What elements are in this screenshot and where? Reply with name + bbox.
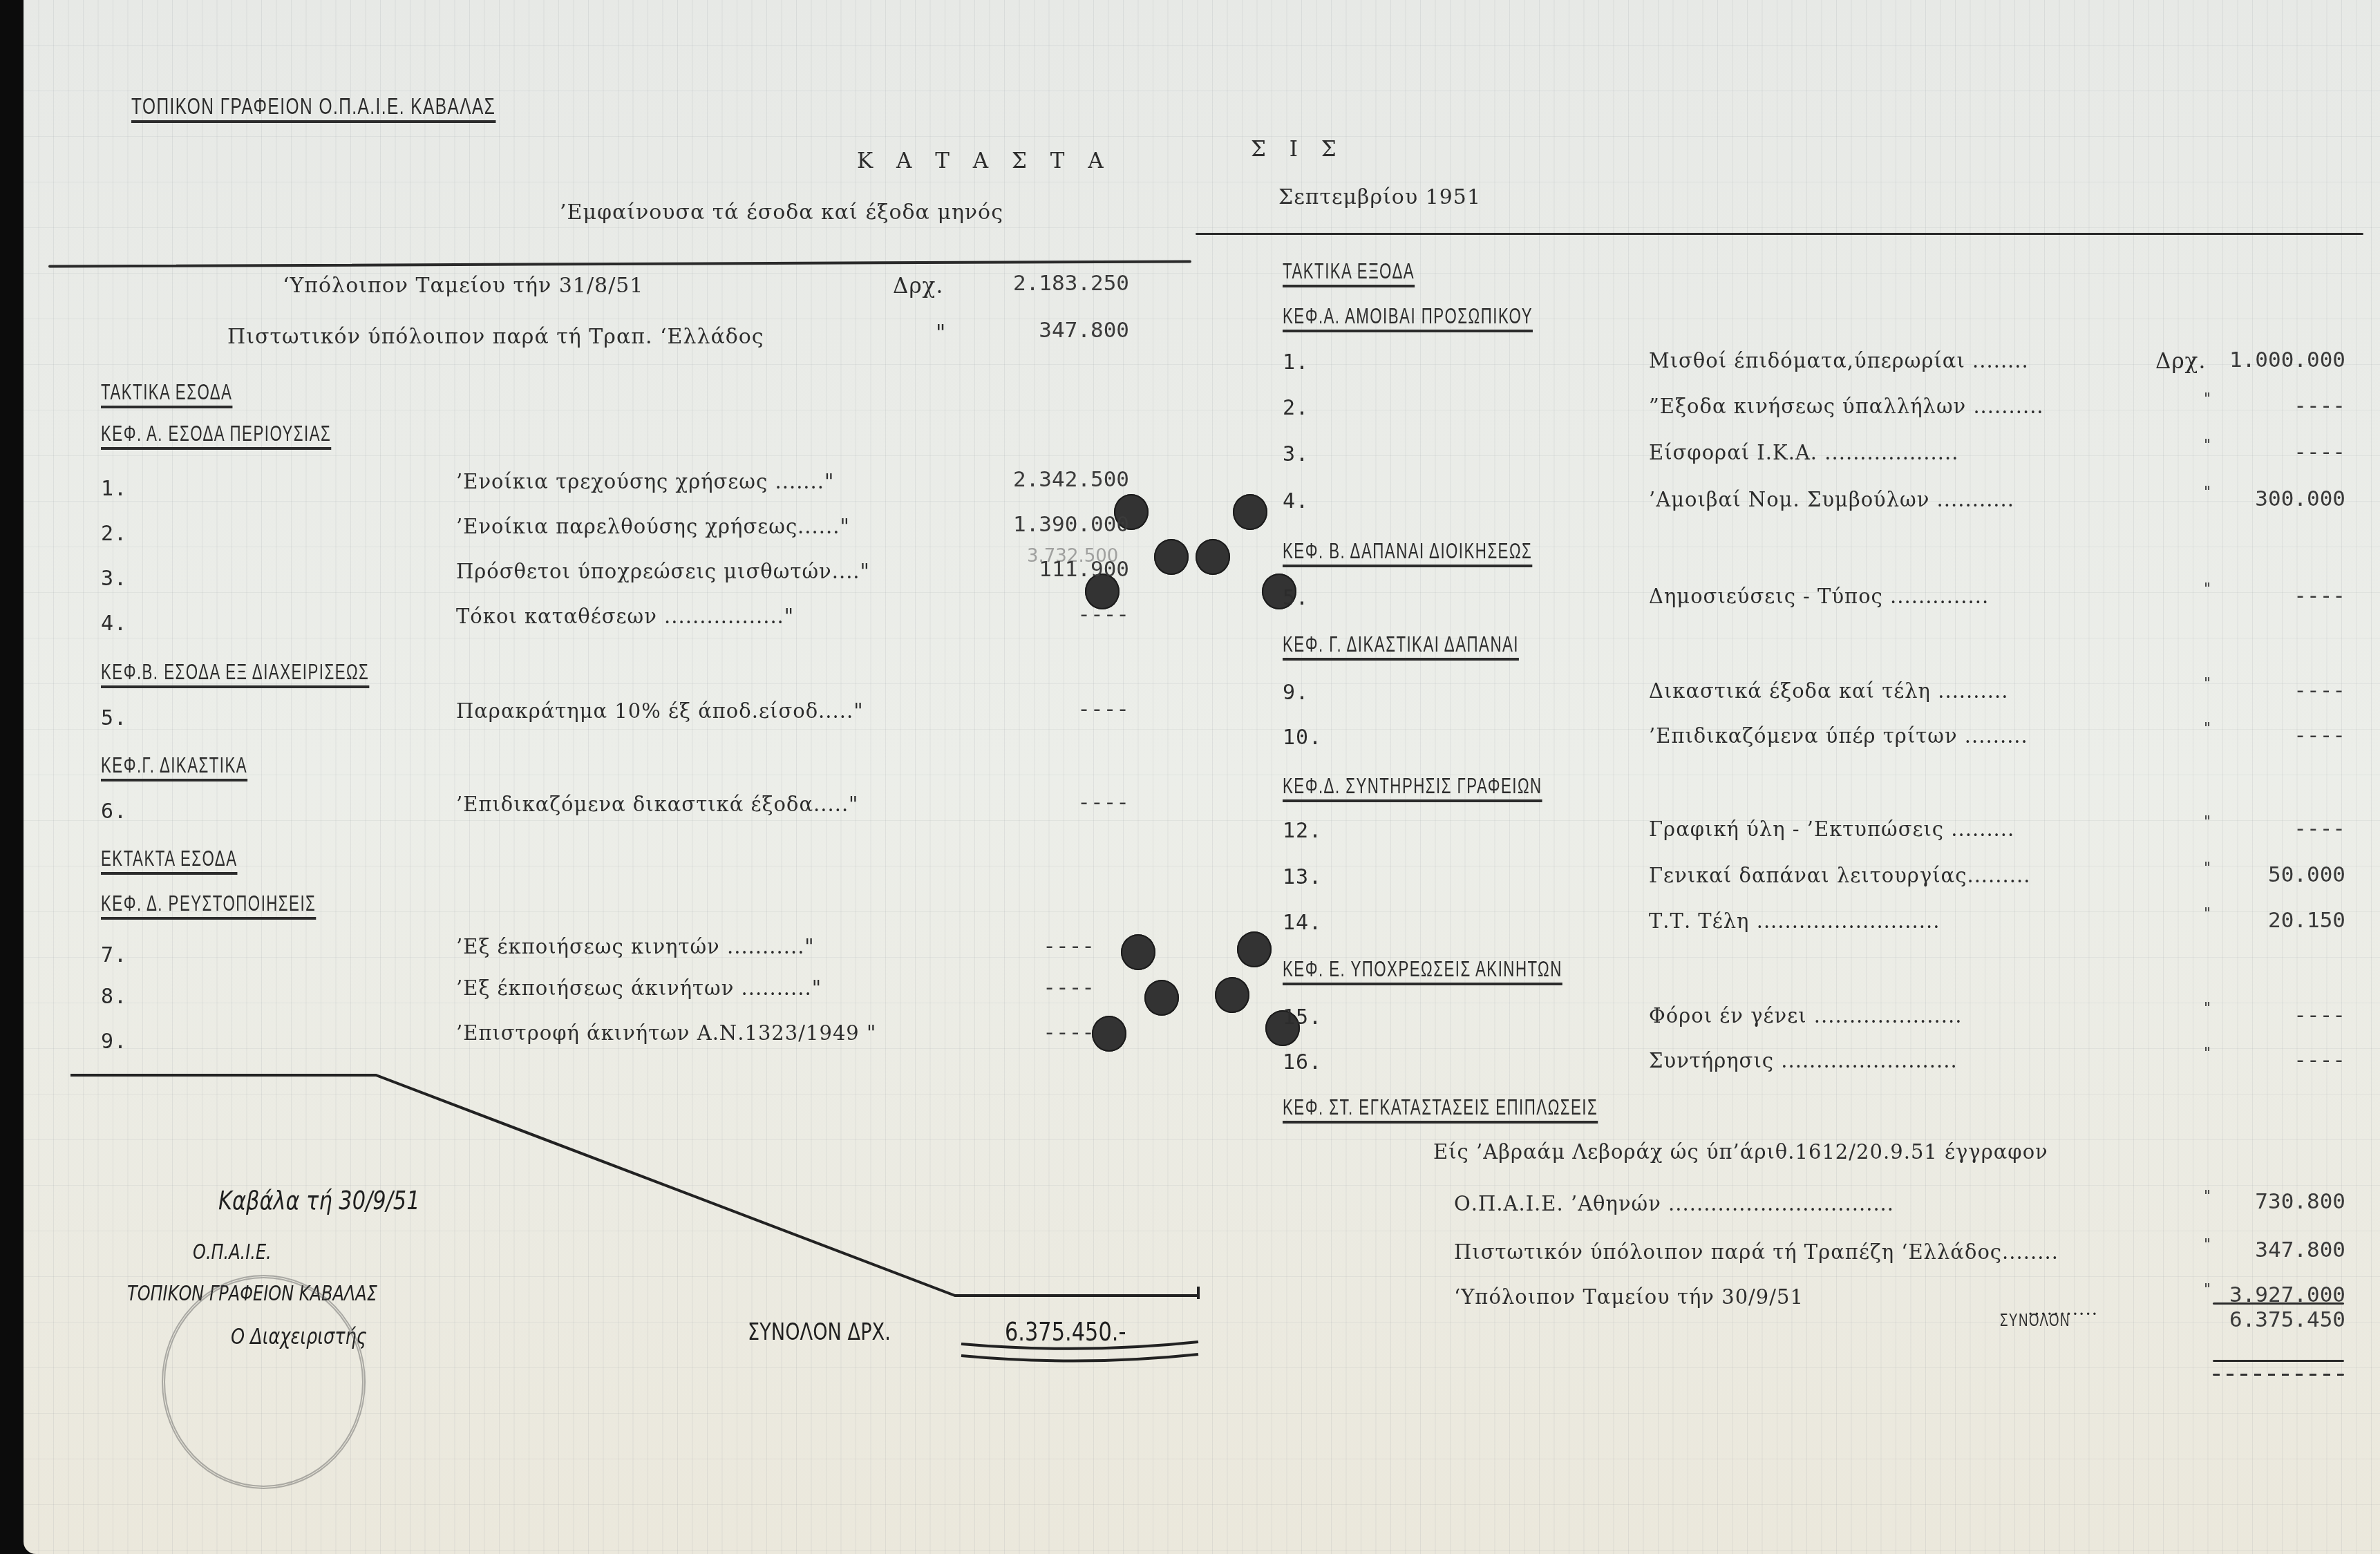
item-amount: ----	[956, 602, 1129, 627]
item-label: Γενικαί δαπάναι λειτουργίας.........	[1649, 864, 2030, 887]
punch-hole	[1121, 934, 1155, 970]
item-label: ’Επιστροφή άκινήτων Α.Ν.1323/1949 "	[456, 1021, 876, 1045]
item-label: ’Αμοιβαί Νομ. Συμβούλων ...........	[1649, 488, 2014, 511]
item-label: ’Ενοίκια παρελθούσης χρήσεως......"	[456, 515, 850, 538]
punch-hole	[1144, 980, 1179, 1016]
item-number: 15.	[1283, 1005, 1322, 1030]
item-amount: ----	[984, 934, 1095, 958]
expense-chapter-title: ΚΕΦ.Δ. ΣΥΝΤΗΡΗΣΙΣ ΓΡΑΦΕΙΩΝ	[1283, 774, 1542, 799]
document-page: ΤΟΠΙΚΟΝ ΓΡΑΦΕΙΟΝ Ο.Π.Α.Ι.Ε. ΚΑΒΑΛΑΣ Κ Α …	[23, 0, 2380, 1554]
item-label: Παρακράτημα 10% έξ άποδ.είσοδ....."	[456, 699, 864, 723]
item-label: Μισθοί έπιδόματα,ύπερωρίαι ........	[1649, 349, 2029, 372]
item-number: 9.	[101, 1030, 127, 1054]
item-number: 4.	[101, 612, 127, 636]
item-amount: ----	[2180, 816, 2345, 841]
item-amount: ----	[956, 790, 1129, 815]
closing-label: Ο.Π.Α.Ι.Ε. ’Αθηνών .....................…	[1454, 1192, 1894, 1215]
item-amount: ----	[2180, 678, 2345, 703]
item-amount: 2.342.500	[956, 467, 1129, 492]
item-label: Συντήρησις .........................	[1649, 1049, 1958, 1072]
item-amount: 50.000	[2180, 862, 2345, 887]
item-label: Τ.Τ. Τέλη ..........................	[1649, 909, 1940, 933]
item-label: ’Επιδικαζόμενα δικαστικά έξοδα....."	[456, 793, 858, 816]
expense-chapter-title: ΚΕΦ. ΣΤ. ΕΓΚΑΤΑΣΤΑΣΕΙΣ ΕΠΙΠΛΩΣΕΙΣ	[1283, 1095, 1598, 1120]
item-number: 12.	[1283, 819, 1322, 843]
income-chapter-title: ΚΕΦ.Γ. ΔΙΚΑΣΤΙΚΑ	[101, 753, 247, 778]
punch-hole	[1154, 539, 1189, 575]
punch-hole	[1092, 1016, 1126, 1052]
item-amount: ----	[956, 697, 1129, 721]
item-label: ’Επιδικαζόμενα ύπέρ τρίτων .........	[1649, 724, 2028, 748]
item-label: Φόροι έν γένει .....................	[1649, 1004, 1962, 1027]
income-chapter-title: ΚΕΦ. Α. ΕΣΟΔΑ ΠΕΡΙΟΥΣΙΑΣ	[101, 421, 331, 446]
item-number: 14.	[1283, 911, 1322, 935]
income-chapter-title: ΚΕΦ.Β. ΕΣΟΔΑ ΕΞ ΔΙΑΧΕΙΡΙΣΕΩΣ	[101, 660, 369, 685]
item-label: ’Εξ έκποιήσεως κινητών ..........."	[456, 935, 815, 958]
item-number: 3.	[101, 567, 127, 591]
item-label: Είσφοραί Ι.Κ.Α. ...................	[1649, 441, 1958, 464]
item-number: 3.	[1283, 442, 1309, 466]
item-number: 2.	[101, 522, 127, 546]
expense-chapter-title: ΚΕΦ. Γ. ΔΙΚΑΣΤΙΚΑΙ ΔΑΠΑΝΑΙ	[1283, 632, 1519, 657]
item-amount: 20.150	[2180, 908, 2345, 933]
item-label: ’Ενοίκια τρεχούσης χρήσεως ......."	[456, 470, 834, 493]
expense-chapter-title: ΚΕΦ. Β. ΔΑΠΑΝΑΙ ΔΙΟΙΚΗΣΕΩΣ	[1283, 539, 1532, 564]
item-label: Δικαστικά έξοδα καί τέλη ..........	[1649, 679, 2008, 703]
item-amount: ----	[984, 1020, 1095, 1045]
item-number: 1.	[1283, 350, 1309, 375]
item-amount: ----	[2180, 1003, 2345, 1027]
item-label: ’Εξ έκποιήσεως άκινήτων .........."	[456, 976, 822, 1000]
item-label: Δημοσιεύσεις - Τύπος ..............	[1649, 585, 1989, 608]
closing-amount: 3.927.000	[2180, 1282, 2345, 1307]
closing-label: Πιστωτικόν ύπόλοιπον παρά τή Τραπέζη ‘Ελ…	[1454, 1240, 2059, 1264]
item-label: Τόκοι καταθέσεων ................."	[456, 605, 794, 628]
item-number: 1.	[101, 477, 127, 501]
closing-lines	[23, 0, 2380, 1554]
income-chapter-title: ΚΕΦ. Δ. ΡΕΥΣΤΟΠΟΙΗΣΕΙΣ	[101, 891, 316, 916]
item-number: 4.	[1283, 489, 1309, 513]
item-number: 10.	[1283, 726, 1322, 750]
item-number: 7.	[101, 943, 127, 967]
item-amount: ----	[2180, 1048, 2345, 1072]
closing-amount: 347.800	[2180, 1238, 2345, 1262]
closing-amount: 730.800	[2180, 1189, 2345, 1214]
item-amount: 1.000.000	[2180, 348, 2345, 372]
punch-hole	[1196, 539, 1230, 575]
item-amount: ----	[2180, 583, 2345, 608]
item-label: Πρόσθετοι ύποχρεώσεις μισθωτών...."	[456, 560, 870, 583]
item-number: 8.	[101, 985, 127, 1009]
item-amount: ----	[2180, 439, 2345, 464]
item-number: 9.	[1283, 681, 1309, 705]
closing-dots: ...........	[2028, 1299, 2098, 1320]
item-amount: ----	[2180, 723, 2345, 748]
expense-chapter-title: ΚΕΦ.Α. ΑΜΟΙΒΑΙ ΠΡΟΣΩΠΙΚΟΥ	[1283, 304, 1533, 329]
item-amount: 300.000	[2180, 486, 2345, 511]
item-number: 6.	[101, 799, 127, 824]
item-amount: ----	[984, 975, 1095, 1000]
item-number: 16.	[1283, 1050, 1322, 1074]
closing-label: ‘Υπόλοιπον Ταμείου τήν 30/9/51	[1454, 1285, 1804, 1309]
expense-chapter-title: ΚΕΦ. Ε. ΥΠΟΧΡΕΩΣΕΙΣ ΑΚΙΝΗΤΩΝ	[1283, 957, 1562, 982]
item-label: Γραφική ύλη - ’Εκτυπώσεις .........	[1649, 817, 2014, 841]
item-number: 13.	[1283, 865, 1322, 889]
item-number: 5.	[1283, 586, 1309, 610]
punch-hole	[1237, 931, 1272, 967]
item-number: 5.	[101, 706, 127, 730]
item-amount: 1.390.000	[956, 512, 1129, 537]
punch-hole	[1215, 977, 1249, 1013]
item-amount: ----	[2180, 393, 2345, 418]
item-label: ”Εξοδα κινήσεως ύπαλλήλων ..........	[1649, 395, 2044, 418]
item-amount: 111.900	[956, 557, 1129, 582]
punch-hole	[1233, 494, 1267, 530]
item-number: 2.	[1283, 396, 1309, 420]
